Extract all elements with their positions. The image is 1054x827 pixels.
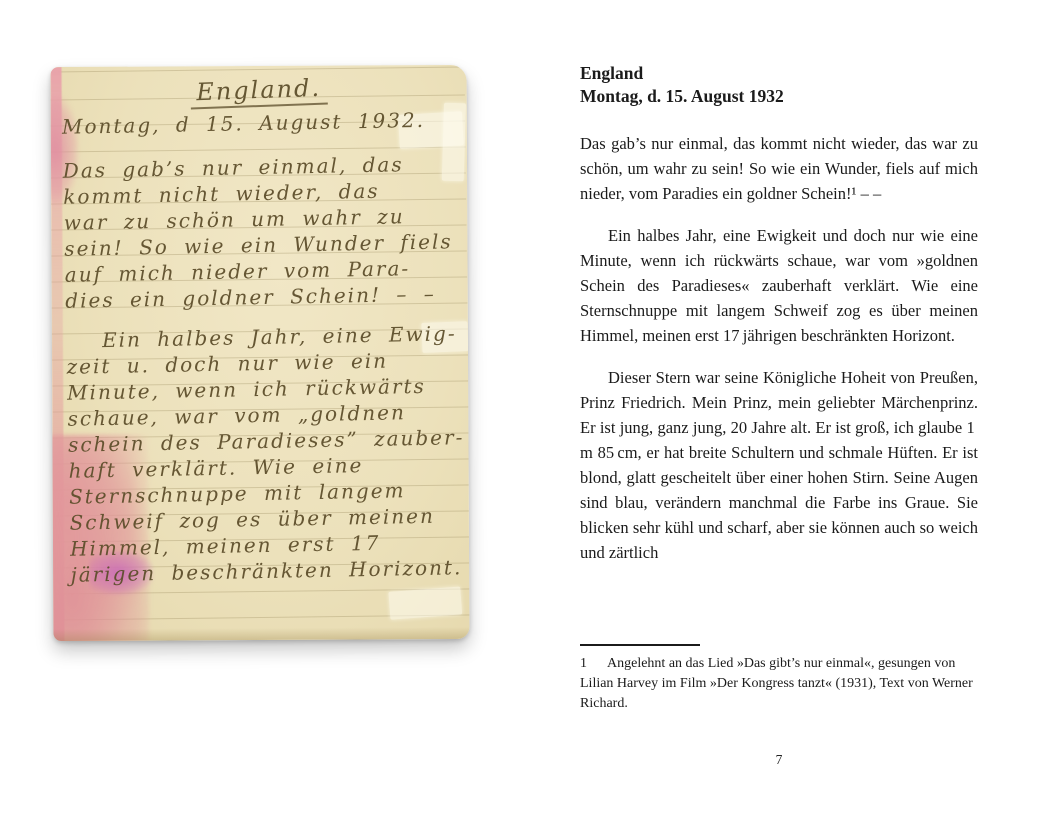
- body-paragraph: Ein halbes Jahr, eine Ewigkeit und doch …: [580, 223, 978, 348]
- book-spread: England. Montag, d 15. August 1932. Das …: [0, 0, 1054, 827]
- body-paragraph: Das gab’s nur einmal, das kommt nicht wi…: [580, 131, 978, 206]
- entry-heading: England Montag, d. 15. August 1932: [580, 62, 978, 108]
- entry-date: Montag, d. 15. August 1932: [580, 85, 978, 108]
- footnote-text: Angelehnt an das Lied »Das gibt’s nur ei…: [580, 656, 973, 711]
- footnote: 1Angelehnt an das Lied »Das gibt’s nur e…: [580, 644, 978, 714]
- footnote-rule: [580, 644, 700, 646]
- footnote-marker: 1: [580, 656, 587, 671]
- manuscript-title: England.: [189, 74, 327, 110]
- transcription-column: England Montag, d. 15. August 1932 Das g…: [580, 58, 978, 778]
- body-paragraph: Dieser Stern war seine Königliche Hoheit…: [580, 365, 978, 565]
- entry-place: England: [580, 62, 978, 85]
- handwritten-text: England. Montag, d 15. August 1932. Das …: [61, 70, 465, 587]
- manuscript-date-line: Montag, d 15. August 1932.: [62, 106, 456, 140]
- page-number: 7: [580, 752, 978, 768]
- diary-scan-page: England. Montag, d 15. August 1932. Das …: [51, 65, 470, 641]
- tape-patch: [388, 586, 462, 619]
- footnote-text-block: 1Angelehnt an das Lied »Das gibt’s nur e…: [580, 654, 978, 714]
